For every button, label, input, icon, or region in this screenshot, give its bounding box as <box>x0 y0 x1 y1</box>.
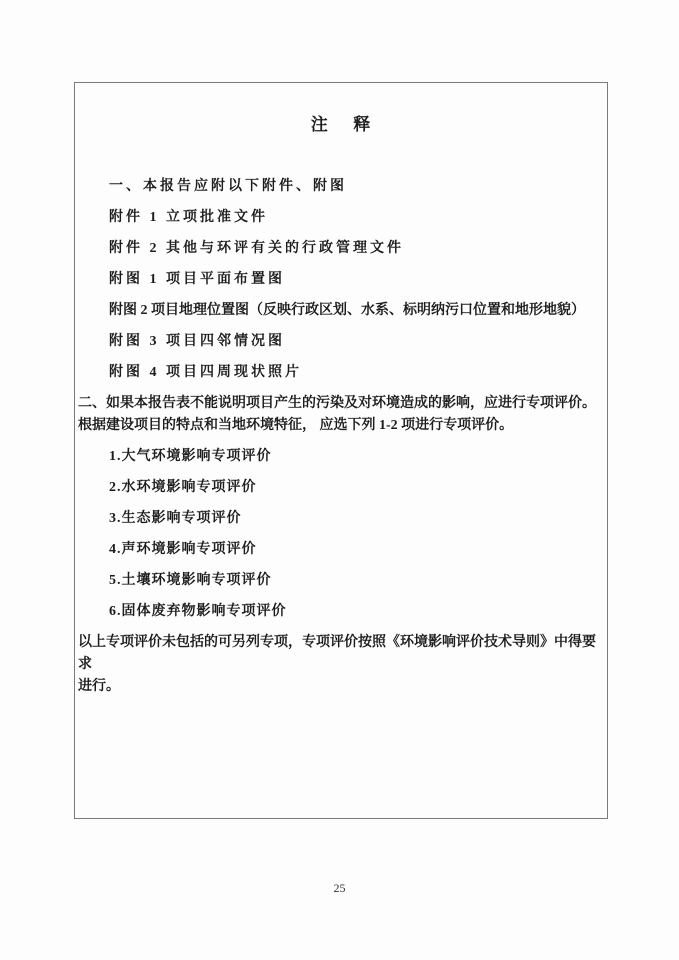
figure-item-3: 附图 3 项目四邻情况图 <box>78 331 603 353</box>
page-title: 注 释 <box>78 114 603 136</box>
special-eval-item-6: 6.固体废弃物影响专项评价 <box>78 601 603 623</box>
attachment-item-2: 附件 2 其他与环评有关的行政管理文件 <box>78 238 603 260</box>
special-eval-item-3: 3.生态影响专项评价 <box>78 508 603 530</box>
page-number: 25 <box>0 881 679 896</box>
special-eval-item-2: 2.水环境影响专项评价 <box>78 477 603 499</box>
footnote-line-2: 进行。 <box>78 676 603 698</box>
special-eval-item-5: 5.土壤环境影响专项评价 <box>78 570 603 592</box>
footnote-line-1: 以上专项评价未包括的可另列专项，专项评价按照《环境影响评价技术导则》中得要求 <box>78 632 603 676</box>
figure-item-4: 附图 4 项目四周现状照片 <box>78 362 603 384</box>
section2-heading-line-1: 二、如果本报告表不能说明项目产生的污染及对环境造成的影响，应进行专项评价。 <box>78 393 603 415</box>
section2-heading-line-2: 根据建设项目的特点和当地环境特征， 应选下列 1-2 项进行专项评价。 <box>78 415 603 437</box>
special-eval-item-1: 1.大气环境影响专项评价 <box>78 446 603 468</box>
attachment-item-1: 附件 1 立项批准文件 <box>78 207 603 229</box>
figure-item-2: 附图 2 项目地理位置图（反映行政区划、水系、标明纳污口位置和地形地貌） <box>78 300 603 322</box>
special-eval-item-4: 4.声环境影响专项评价 <box>78 539 603 561</box>
notes-box: 注 释 一、本报告应附以下附件、附图 附件 1 立项批准文件 附件 2 其他与环… <box>74 82 608 819</box>
figure-item-1: 附图 1 项目平面布置图 <box>78 269 603 291</box>
document-page: 注 释 一、本报告应附以下附件、附图 附件 1 立项批准文件 附件 2 其他与环… <box>0 0 679 960</box>
section1-heading: 一、本报告应附以下附件、附图 <box>78 176 603 198</box>
